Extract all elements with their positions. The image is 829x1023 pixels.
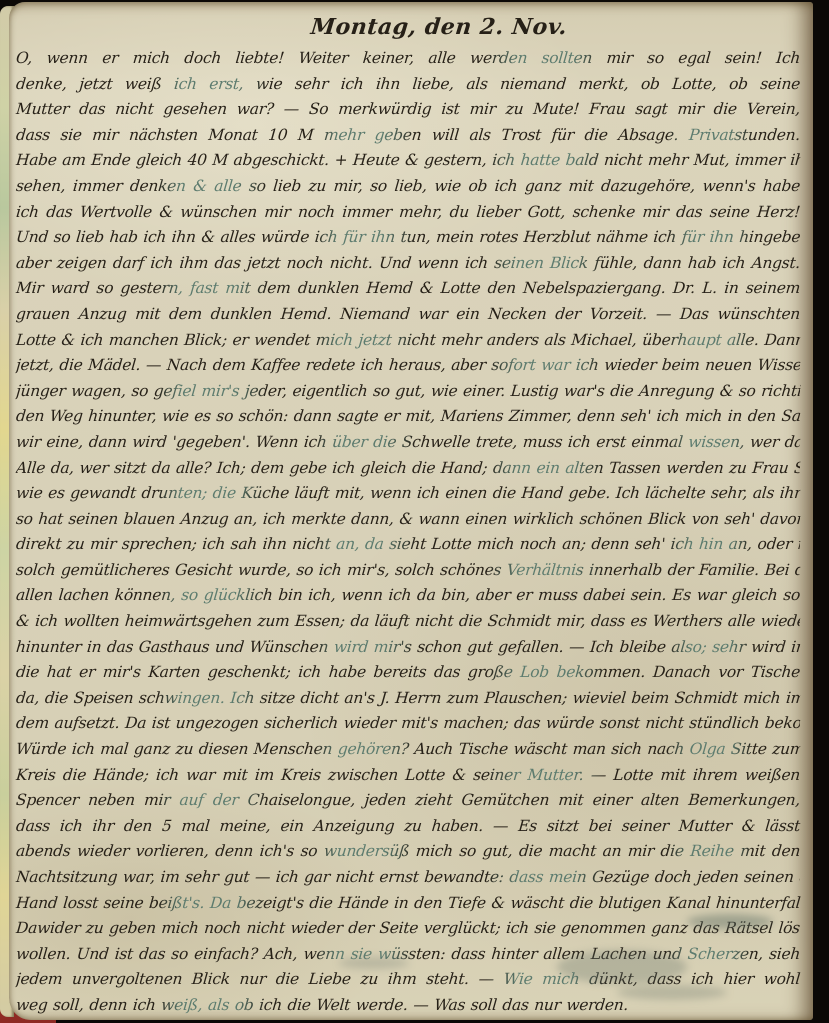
handwriting-line: ich das Wertvolle & wünschen mir noch im… (15, 200, 801, 226)
handwriting-line: grauen Anzug mit dem dunklen Hemd. Niema… (15, 302, 801, 328)
handwriting-line: O, wenn er mich doch liebte! Weiter kein… (15, 46, 801, 72)
handwriting-line: Nachtsitzung war, im sehr gut — ich gar … (15, 865, 801, 891)
handwriting-line: wie es gewandt drunten; die Küche läuft … (15, 481, 801, 507)
handwriting-line: Lotte & ich manchen Blick; er wendet mic… (15, 328, 801, 354)
handwriting-line: & ich wollten heimwärtsgehen zum Essen; … (15, 609, 801, 635)
ink-smudge (617, 985, 727, 1000)
handwriting-line: dass sie mir nächsten Monat 10 M mehr ge… (15, 123, 801, 149)
handwriting-line: Mir ward so gestern, fast mit dem dunkle… (15, 276, 801, 302)
handwriting-line: dem aufsetzt. Da ist ungezogen sicherlic… (15, 711, 801, 737)
handwriting-line: Alle da, wer sitzt da alle? Ich; dem geb… (15, 456, 801, 482)
ink-smudge (687, 914, 773, 929)
handwriting-line: jünger wagen, so gefiel mir's jeder, eig… (15, 379, 801, 405)
handwriting-line: den Weg hinunter, wie es so schön: dann … (15, 404, 801, 430)
handwriting-line: Mutter das nicht gesehen war? — So merkw… (15, 97, 801, 123)
handwriting-line: solch gemütlicheres Gesicht wurde, so ic… (15, 558, 801, 584)
handwriting-line: dass ich ihr den 5 mal meine, ein Anzeig… (15, 814, 801, 840)
handwriting-line: denke, jetzt weiß ich erst, wie sehr ich… (15, 72, 801, 98)
handwriting-line: sehen, immer denken & alle so lieb zu mi… (15, 174, 801, 200)
ink-smudge (339, 957, 409, 969)
handwriting-line: so hat seinen blauen Anzug an, ich merkt… (15, 507, 801, 533)
handwriting-line: Würde ich mal ganz zu diesen Menschen ge… (15, 737, 801, 763)
handwriting-line: da, die Speisen schwingen. Ich sitze dic… (15, 686, 801, 712)
handwriting-line: direkt zu mir sprechen; ich sah ihn nich… (15, 532, 801, 558)
handwriting-line: Und so lieb hab ich ihn & alles würde ic… (15, 225, 801, 251)
entry-date-heading: Montag, den 2. Nov. (36, 14, 829, 40)
handwriting-line: Kreis die Hände; ich war mit im Kreis zw… (15, 763, 801, 789)
handwriting-body: O, wenn er mich doch liebte! Weiter kein… (16, 46, 800, 1014)
handwriting-line: allen lachen können, so glücklich bin ic… (15, 583, 801, 609)
handwriting-line: hinunter in das Gasthaus und Wünschen wi… (15, 635, 801, 661)
handwriting-line: Dawider zu geben mich noch nicht wieder … (15, 916, 801, 942)
handwriting-line: abends wieder vorlieren, denn ich's so w… (15, 839, 801, 865)
handwriting-line: Habe am Ende gleich 40 M abgeschickt. + … (15, 148, 801, 174)
handwriting-line: Spencer neben mir auf der Chaiselongue, … (15, 788, 801, 814)
handwriting-line: die hat er mir's Karten geschenkt; ich h… (15, 660, 801, 686)
handwriting-line: jetzt, die Mädel. — Nach dem Kaffee rede… (15, 353, 801, 379)
handwriting-line: wir eine, dann wird 'gegeben'. Wenn ich … (15, 430, 801, 456)
ink-smudge (557, 950, 687, 984)
handwriting-line: aber zeigen darf ich ihm das jetzt noch … (15, 251, 801, 277)
notebook-page: Montag, den 2. Nov. O, wenn er mich doch… (9, 2, 813, 1020)
handwriting-line: Hand losst seine beißt's. Da bezeigt's d… (15, 891, 801, 917)
